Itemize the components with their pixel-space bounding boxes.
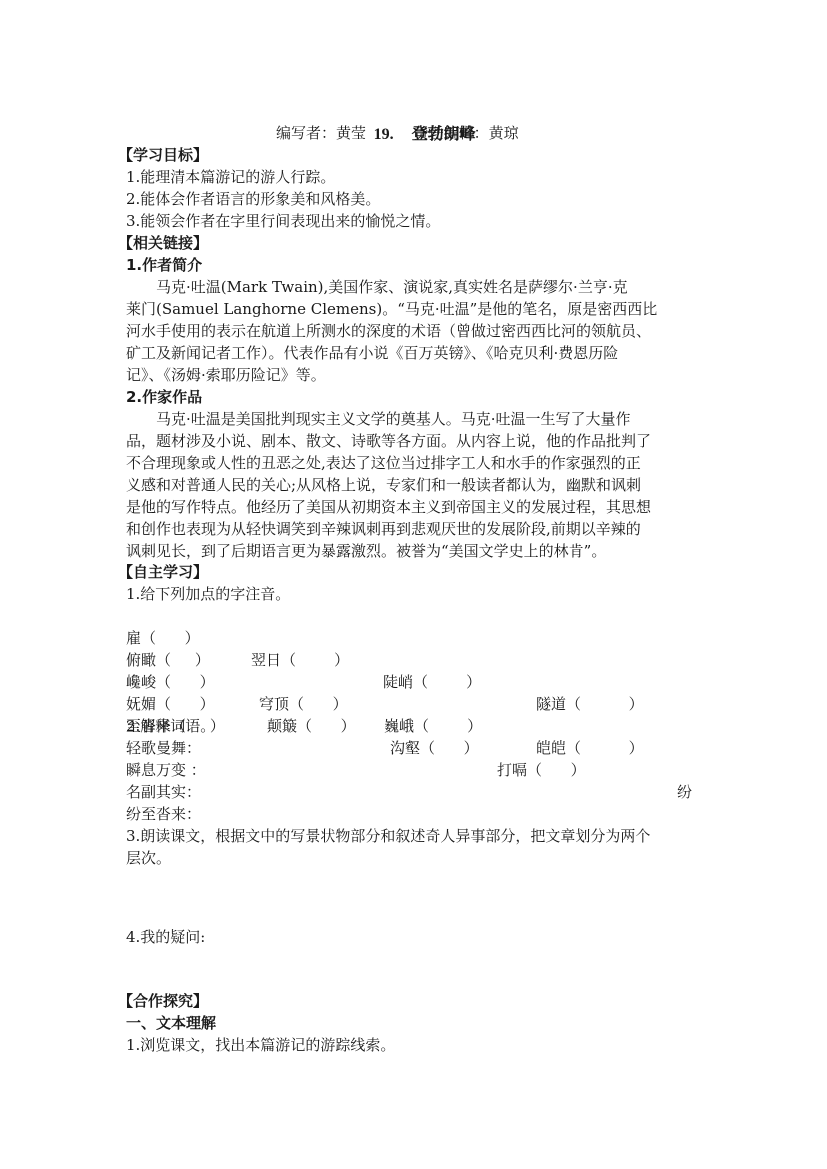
question-4-label: 4.我的疑问: (126, 926, 205, 948)
question-1-label: 1.给下列加点的字注音。 (126, 583, 290, 605)
subheading-text-understanding: 一、文本理解 (126, 1012, 216, 1034)
works-line: 品，题材涉及小说、剧本、散文、诗歌等各方面。从内容上说，他的作品批判了 (126, 430, 651, 452)
author-intro-line: 记》、《汤姆·索耶历险记》等。 (126, 364, 326, 386)
author-intro-line: 莱门(Samuel Langhorne Clemens)。“马克·吐温”是他的笔… (126, 298, 657, 320)
document-page: 19.登勃朗峰 编写者：黄莹 责任编辑：黄琼 【学习目标】 1.能理清本篇游记的… (0, 0, 827, 1169)
section-heading-self-study: 【自主学习】 (118, 561, 208, 583)
author-line: 编写者：黄莹 责任编辑：黄琼 (276, 122, 519, 144)
pinyin-item[interactable]: 颠簸（ ） (267, 715, 356, 737)
works-line: 讽刺见长，到了后期语言更为暴露激烈。被誉为“美国文学史上的林肯”。 (126, 540, 606, 562)
pinyin-item[interactable]: 翌日（ ） (251, 649, 349, 671)
author-intro-line: 马克·吐温(Mark Twain),美国作家、演说家,真实姓名是萨缪尔·兰亨·克 (156, 276, 628, 298)
pinyin-item[interactable]: 沟壑（ ） (390, 737, 479, 759)
section-heading-links: 【相关链接】 (118, 232, 208, 254)
vocab-term: 纷至沓来： (126, 803, 201, 825)
goal-item: 2.能体会作者语言的形象美和风格美。 (126, 188, 380, 210)
vocab-term: 轻歌曼舞： (126, 737, 201, 759)
subheading-author-intro: 1.作者简介 (126, 254, 202, 276)
pinyin-item: 纷 (677, 781, 692, 803)
pinyin-item[interactable]: 皑皑（ ） (536, 737, 644, 759)
cooperative-question-1: 1.浏览课文，找出本篇游记的游踪线索。 (126, 1034, 395, 1056)
vocab-term: 名副其实： (126, 781, 201, 803)
subheading-works: 2.作家作品 (126, 386, 202, 408)
works-line: 义感和对普通人民的关心;从风格上说，专家们和一般读者都认为，幽默和讽刺 (126, 474, 641, 496)
pinyin-item[interactable]: 巍峨（ ） (384, 715, 482, 737)
goal-item: 3.能领会作者在字里行间表现出来的愉悦之情。 (126, 210, 440, 232)
section-heading-cooperative: 【合作探究】 (118, 990, 208, 1012)
goal-item: 1.能理清本篇游记的游人行踪。 (126, 166, 335, 188)
author-intro-line: 矿工及新闻记者工作）。代表作品有小说《百万英镑》、《哈克贝利·费恩历险 (126, 342, 618, 364)
works-line: 和创作也表现为从轻快调笑到辛辣讽刺再到悲观厌世的发展阶段,前期以辛辣的 (126, 518, 641, 540)
question-3-line: 3.朗读课文，根据文中的写景状物部分和叙述奇人异事部分，把文章划分为两个 (126, 825, 650, 847)
vocab-term: 瞬息万变 ： (126, 759, 206, 781)
section-heading-goals: 【学习目标】 (118, 144, 208, 166)
pinyin-item[interactable]: 陡峭（ ） (383, 671, 481, 693)
works-line: 是他的写作特点。他经历了美国从初期资本主义到帝国主义的发展过程，其思想 (126, 496, 651, 518)
pinyin-item[interactable]: 穹顶（ ） (259, 693, 348, 715)
works-line: 不合理现象或人性的丑恶之处,表达了这位当过排字工人和水手的作家强烈的正 (126, 452, 641, 474)
works-line: 马克·吐温是美国批判现实主义文学的奠基人。马克·吐温一生写了大量作 (156, 408, 631, 430)
question-2-label: 2.解释词语。 (126, 715, 215, 737)
pinyin-item[interactable]: 隧道（ ） (536, 693, 644, 715)
question-3-line: 层次。 (126, 847, 171, 869)
pinyin-item[interactable]: 打嗝（ ） (497, 759, 586, 781)
author-intro-line: 河水手使用的表示在航道上所测水的深度的术语（曾做过密西西比河的领航员、 (126, 320, 651, 342)
